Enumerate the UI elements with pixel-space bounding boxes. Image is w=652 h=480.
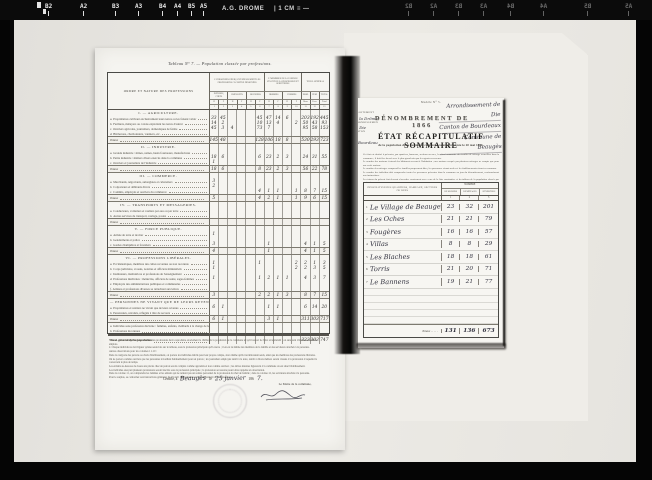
ruler-tick-line	[48, 11, 49, 16]
table-cell	[256, 219, 265, 225]
table-cell	[228, 310, 237, 315]
table-cell: 1	[210, 160, 219, 165]
table-cell	[283, 248, 292, 254]
table-cell	[237, 213, 246, 218]
count-cell: 16	[460, 229, 479, 235]
page-gutter-shadow	[334, 56, 360, 354]
ruler-tick-label: B3	[455, 3, 462, 10]
ruler-tick-label: A4	[540, 3, 547, 10]
table-cell: 128	[256, 137, 265, 143]
table-cell: 8	[283, 137, 292, 143]
table-cell	[246, 195, 255, 201]
table-cell: 6	[210, 316, 219, 322]
count-cell: 29	[479, 241, 498, 247]
fine-print-line: Cet état est destiné à présenter, par qu…	[363, 153, 499, 160]
count-cell: 8	[460, 241, 479, 247]
table-cell	[246, 316, 255, 322]
table-cell: 8	[256, 166, 265, 172]
table-cell: 145	[210, 137, 219, 143]
table-cell	[292, 248, 301, 254]
table-cell: 3	[283, 166, 292, 172]
table-cell	[283, 213, 292, 218]
table-cell	[311, 329, 320, 335]
count-cell: 18	[442, 254, 461, 260]
count-cell: 201	[479, 204, 498, 210]
table-cell	[219, 195, 228, 201]
profession-row: b.Professions inconnues	[108, 329, 329, 335]
table-cell	[210, 286, 219, 291]
count-cell: 61	[479, 254, 498, 260]
ruler-tick-label: B4	[507, 3, 514, 10]
column-number: 3	[479, 196, 498, 200]
table-cell: 22	[311, 166, 320, 172]
table-cell	[246, 189, 255, 194]
table-cell: 2	[274, 166, 283, 172]
table-cell	[301, 219, 310, 225]
table-cell: 48	[219, 137, 228, 143]
totals-row: Totaux6131311303717	[108, 315, 329, 323]
table-cell: 303	[311, 316, 320, 322]
hamlet-name-cell: 1Le Village de Beauges	[364, 203, 442, 211]
ruler-tick-label: A2	[430, 3, 437, 10]
table-cell: 5	[320, 242, 329, 247]
certification-line: Certifié, à Beaugès le 25 janvier 186 7.	[163, 375, 343, 382]
column-group-header: 1° PERSONNES EXERÇANT RÉELLEMENT LES PRO…	[210, 73, 265, 92]
table-cell	[237, 166, 246, 172]
ruler-tick-line	[191, 11, 192, 16]
table-cell: 4	[301, 248, 310, 254]
table-cell	[228, 195, 237, 201]
table-cell	[228, 248, 237, 254]
table-cell: 5	[320, 248, 329, 254]
table-cell	[219, 286, 228, 291]
table-cell: 1	[265, 242, 274, 247]
table-cell	[301, 310, 310, 315]
table-cell	[219, 329, 228, 335]
table-cell	[246, 242, 255, 247]
count-cell: 71	[479, 266, 498, 272]
table-cell: 78	[320, 166, 329, 172]
recap-summary-page: Modèle N° 5. DÉPARTEMENTde la DrômeARRON…	[358, 98, 504, 348]
row-label: d.Bûcherons, charbonniers, vanniers, etc…	[108, 131, 210, 136]
totals-row: Totaux . . . . .131136673	[364, 324, 498, 337]
column-group-header: 2° MEMBRES DE LA FAMILLE VIVANT DE LA PR…	[265, 73, 302, 92]
table-cell: 6	[219, 166, 228, 172]
table-cell	[320, 310, 329, 315]
table-cell	[228, 137, 237, 143]
table-cell	[219, 242, 228, 247]
scale-note-label: | 1 CM ≡ —	[274, 6, 310, 12]
column-subgroup-header: FEM.	[311, 92, 320, 100]
profession-row: f.Artistes et professions diverses se ra…	[108, 286, 329, 291]
page-bottom-shadow	[356, 343, 506, 350]
ink-stamp-icon	[213, 384, 247, 418]
table-cell: 3	[210, 242, 219, 247]
table-cell	[292, 166, 301, 172]
table-cell	[219, 213, 228, 218]
cert-place-handwriting: Beaugès	[180, 375, 206, 383]
row-label: Totaux	[108, 195, 210, 201]
table-cell	[292, 286, 301, 291]
column-subgroup-header: FEMMES	[283, 92, 301, 100]
table-cell	[311, 213, 320, 218]
microfilm-scan-view: B2A2B3A3B4A4B5A5 A.G. DROME | 1 CM ≡ — B…	[0, 0, 652, 480]
table-cell	[265, 219, 274, 225]
hamlet-name-cell: 2Les Oches	[364, 215, 442, 223]
table-cell	[256, 213, 265, 218]
table-cell: 4	[256, 195, 265, 201]
ruler-tick-label: A5	[625, 3, 632, 10]
table-cell	[228, 286, 237, 291]
hamlet-row: 3Fougères161657	[364, 226, 498, 239]
count-cell: 8	[442, 241, 461, 247]
column-number: 13	[320, 105, 329, 109]
count-cell: 21	[442, 216, 461, 222]
profession-row: c.Commis, employés et ouvriers du commer…	[108, 189, 329, 194]
subcolumn-header: DE MÉNAGES	[461, 189, 480, 196]
ruler-tick-label: A3	[480, 3, 487, 10]
table-cell: 18	[274, 137, 283, 143]
table-cell: 311	[301, 316, 310, 322]
table-cell	[210, 131, 219, 136]
table-cell	[320, 160, 329, 165]
table-cell	[228, 131, 237, 136]
table-cell: 1	[265, 248, 274, 254]
column-number: 3	[228, 105, 237, 109]
table-cell	[237, 329, 246, 335]
table-cell	[246, 248, 255, 254]
table-cell	[283, 189, 292, 194]
ruler-tick-label: B5	[188, 3, 195, 10]
table-cell	[274, 310, 283, 315]
professions-table-page: Tableau N° 7. — Population classée par p…	[95, 48, 345, 450]
table-cell	[219, 310, 228, 315]
table-cell: 3	[210, 292, 219, 298]
column-subgroup-header: HOM.	[302, 92, 311, 100]
table-cell	[237, 131, 246, 136]
ruler-tick-label: A2	[80, 3, 87, 10]
table-cell	[237, 189, 246, 194]
table-cell	[246, 131, 255, 136]
table-cell	[311, 160, 320, 165]
table-cell	[256, 242, 265, 247]
film-registration-mark	[37, 2, 41, 8]
total-cell: 136	[460, 328, 479, 334]
table-cell	[246, 310, 255, 315]
table-cell: 18	[210, 166, 219, 172]
column-number: 7	[265, 105, 274, 109]
table-cell	[219, 131, 228, 136]
table-cell: 15	[320, 189, 329, 194]
ruler-tick-label: B2	[45, 3, 52, 10]
table-cell	[246, 219, 255, 225]
table-cell	[237, 292, 246, 298]
table-cell	[228, 219, 237, 225]
column-number: 12	[311, 105, 320, 109]
table-cell: 4	[301, 242, 310, 247]
table-cell	[246, 213, 255, 218]
table-cell: 4	[210, 248, 219, 254]
cert-year-handwriting: 7.	[257, 375, 263, 382]
ruler-tick-line	[162, 11, 163, 16]
professions-table: ORDRE ET NATURE DES PROFESSIONS1° PERSON…	[107, 72, 330, 334]
handwriting-line: Arrondissement de Die	[438, 100, 501, 123]
table-header: DÉSIGNATION DES QUARTIERS, HAMEAUX, SECT…	[364, 183, 498, 196]
filmstrip-ruler: B2A2B3A3B4A4B5A5 A.G. DROME | 1 CM ≡ — B…	[0, 0, 652, 20]
column-number: 1	[210, 105, 219, 109]
column-number: 1	[442, 196, 461, 200]
table-cell: 23	[265, 166, 274, 172]
table-cell: 106	[265, 137, 274, 143]
table-cell: 5	[210, 195, 219, 201]
table-cell	[283, 242, 292, 247]
row-label: b.Autres services de transport, roulage,…	[108, 213, 210, 218]
table-cell	[274, 286, 283, 291]
count-cell: 21	[442, 266, 461, 272]
hamlet-name-cell: 6Torris	[364, 265, 442, 273]
table-cell: 56	[301, 166, 310, 172]
table-cell	[301, 286, 310, 291]
ruler-tick-line	[483, 11, 484, 16]
nota-line: On ne portera comme ouvriers que les per…	[109, 358, 317, 365]
table-cell	[283, 160, 292, 165]
ruler-tick-label: A3	[135, 3, 142, 10]
row-label: Totaux	[108, 166, 210, 172]
ruler-tick-label: A5	[200, 3, 207, 10]
table-cell	[274, 248, 283, 254]
table-cell: 2	[256, 292, 265, 298]
table-cell	[237, 248, 246, 254]
table-cell	[292, 213, 301, 218]
cert-date-handwriting: 25 janvier	[215, 375, 246, 383]
table-cell	[246, 160, 255, 165]
table-cell	[274, 242, 283, 247]
profession-row: b.Pensionnés, retraités, réfugiés à titr…	[108, 310, 329, 315]
table-cell	[237, 310, 246, 315]
count-cell: 23	[442, 204, 461, 210]
ruler-tick-line	[83, 11, 84, 16]
count-cell: 77	[479, 279, 498, 285]
table-title: Tableau N° 7. — Population classée par p…	[95, 61, 345, 66]
hamlet-name-cell: 3Fougères	[364, 228, 442, 236]
table-cell: 9	[301, 195, 310, 201]
totals-row: Totaux14548128106188530293723	[108, 136, 329, 144]
table-cell	[311, 286, 320, 291]
ruler-tick-label: B5	[584, 3, 591, 10]
table-cell	[274, 131, 283, 136]
table-cell	[246, 137, 255, 143]
row-label: b.Pensionnés, retraités, réfugiés à titr…	[108, 310, 210, 315]
table-cell	[256, 316, 265, 322]
table-cell	[228, 292, 237, 298]
column-number: 11	[301, 105, 310, 109]
table-cell	[283, 286, 292, 291]
table-cell	[301, 329, 310, 335]
hamlet-row: 4Villas8829	[364, 239, 498, 252]
hamlet-name-cell: 4Villas	[364, 240, 442, 248]
table-cell	[219, 219, 228, 225]
row-label: Totaux	[108, 292, 210, 298]
table-header: ORDRE ET NATURE DES PROFESSIONS1° PERSON…	[108, 73, 329, 110]
table-cell	[292, 131, 301, 136]
nota-block: Nota. — 1. Le total général des résultat…	[109, 339, 317, 380]
hamlet-row: 1Le Village de Beauges2332201	[364, 201, 498, 214]
table-cell	[311, 310, 320, 315]
table-cell: 1	[274, 189, 283, 194]
total-cell: 131	[442, 328, 461, 334]
table-cell	[301, 160, 310, 165]
cert-printed-text: 186	[248, 377, 253, 381]
row-label: b.Professions inconnues	[108, 329, 210, 335]
archive-agency-label: A.G. DROME	[222, 6, 264, 12]
subcolumn-header: D'INDIVIDUS	[480, 189, 498, 196]
table-cell	[320, 286, 329, 291]
table-cell	[301, 213, 310, 218]
table-cell	[283, 329, 292, 335]
count-cell: 20	[460, 266, 479, 272]
table-cell	[292, 219, 301, 225]
row-label: Totaux	[108, 137, 210, 143]
table-cell	[237, 160, 246, 165]
table-cell	[219, 292, 228, 298]
ruler-tick-label: B3	[112, 3, 119, 10]
profession-row: c.Ouvriers et journaliers de l'industrie…	[108, 160, 329, 165]
table-cell	[210, 329, 219, 335]
recap-main-title: ÉTAT RÉCAPITULATIF SOMMAIRE	[358, 132, 504, 150]
table-cell	[283, 310, 292, 315]
totals-row: Totaux542119615	[108, 194, 329, 202]
table-cell	[320, 329, 329, 335]
empty-row	[364, 303, 498, 310]
column-number: 4	[238, 105, 247, 109]
table-cell	[320, 213, 329, 218]
count-cell: 21	[460, 279, 479, 285]
count-cell: 16	[442, 229, 461, 235]
profession-row: c.Gardes champêtres et forestiers31415	[108, 242, 329, 247]
table-cell	[265, 310, 274, 315]
ruler-tick-line	[433, 11, 434, 16]
table-cell	[265, 160, 274, 165]
table-cell	[237, 195, 246, 201]
table-cell	[210, 213, 219, 218]
totals-row: Totaux322138715	[108, 291, 329, 299]
table-cell	[246, 286, 255, 291]
table-cell	[292, 160, 301, 165]
table-cell: 15	[320, 195, 329, 201]
empty-row	[364, 317, 498, 324]
column-number: 10	[292, 105, 301, 109]
table-cell	[274, 329, 283, 335]
designation-header: DÉSIGNATION DES QUARTIERS, HAMEAUX, SECT…	[364, 183, 442, 195]
hamlet-row: 6Torris212071	[364, 264, 498, 277]
ruler-tick-label: B4	[159, 3, 166, 10]
table-cell	[283, 316, 292, 322]
cert-printed-text: Certifié, à	[163, 377, 177, 381]
table-cell	[265, 213, 274, 218]
table-cell	[237, 286, 246, 291]
ruler-tick-line	[177, 11, 178, 16]
ruler-tick-line	[408, 11, 409, 16]
table-cell: 6	[311, 195, 320, 201]
count-cell: 18	[460, 254, 479, 260]
table-cell	[320, 219, 329, 225]
table-cell	[237, 242, 246, 247]
table-cell	[246, 329, 255, 335]
table-cell: 2	[265, 195, 274, 201]
table-cell	[320, 131, 329, 136]
table-cell: 1	[311, 242, 320, 247]
empty-row	[364, 296, 498, 303]
page-edge-shadow	[503, 100, 505, 346]
table-cell: 3	[265, 316, 274, 322]
column-subgroup-header: TOTAL	[320, 92, 329, 100]
column-subgroup-header: HOMMES	[265, 92, 283, 100]
table-cell: 1	[219, 316, 228, 322]
mayor-title-line: Le Maire de la commune,	[245, 382, 345, 386]
table-cell: 717	[320, 316, 329, 322]
recap-subtitle: de la population de la commune constatée…	[358, 143, 504, 147]
table-cell	[228, 242, 237, 247]
row-label: c.Ouvriers et journaliers de l'industrie	[108, 160, 210, 165]
mayor-signature-icon	[258, 388, 308, 402]
table-cell	[256, 248, 265, 254]
table-cell	[311, 219, 320, 225]
hamlet-row: 5Les Blaches181861	[364, 251, 498, 264]
table-cell	[265, 329, 274, 335]
table-cell	[292, 310, 301, 315]
ruler-tick-label: A4	[174, 3, 181, 10]
table-cell	[256, 310, 265, 315]
totals-row: Totaux	[108, 218, 329, 226]
ruler-tick-line	[138, 11, 139, 16]
table-cell: 15	[320, 292, 329, 298]
row-label: Totaux	[108, 316, 210, 322]
column-subgroup-header: OUVRIERS	[247, 92, 265, 100]
table-cell	[228, 189, 237, 194]
table-cell: 1	[265, 189, 274, 194]
ruler-tick-label: B2	[405, 3, 412, 10]
ruler-tick-line	[510, 11, 511, 16]
table-cell: 723	[320, 137, 329, 143]
table-cell: 747	[320, 336, 329, 344]
table-cell: 1	[274, 195, 283, 201]
totals-row: Totaux18682323562278	[108, 165, 329, 173]
table-cell	[210, 219, 219, 225]
table-cell	[274, 213, 283, 218]
fine-print-line: Le nombre des maisons s'entend des bâtim…	[363, 160, 499, 167]
table-cell: 8	[301, 292, 310, 298]
totals-row: Totaux41415	[108, 247, 329, 255]
column-number: 2	[219, 105, 228, 109]
column-number: 2	[460, 196, 479, 200]
table-cell	[228, 160, 237, 165]
table-cell: 1	[292, 189, 301, 194]
table-cell	[246, 292, 255, 298]
cert-printed-text: le	[209, 377, 212, 381]
table-cell	[274, 219, 283, 225]
table-cell	[237, 219, 246, 225]
table-cell	[219, 189, 228, 194]
table-cell: 7	[311, 189, 320, 194]
hamlet-name-cell: 5Les Blaches	[364, 253, 442, 261]
column-number: 9	[283, 105, 292, 109]
table-cell	[237, 316, 246, 322]
table-cell: 1	[292, 195, 301, 201]
table-cell	[292, 242, 301, 247]
hamlet-row: 2Les Oches212179	[364, 214, 498, 227]
table-cell	[283, 219, 292, 225]
table-cell	[274, 160, 283, 165]
